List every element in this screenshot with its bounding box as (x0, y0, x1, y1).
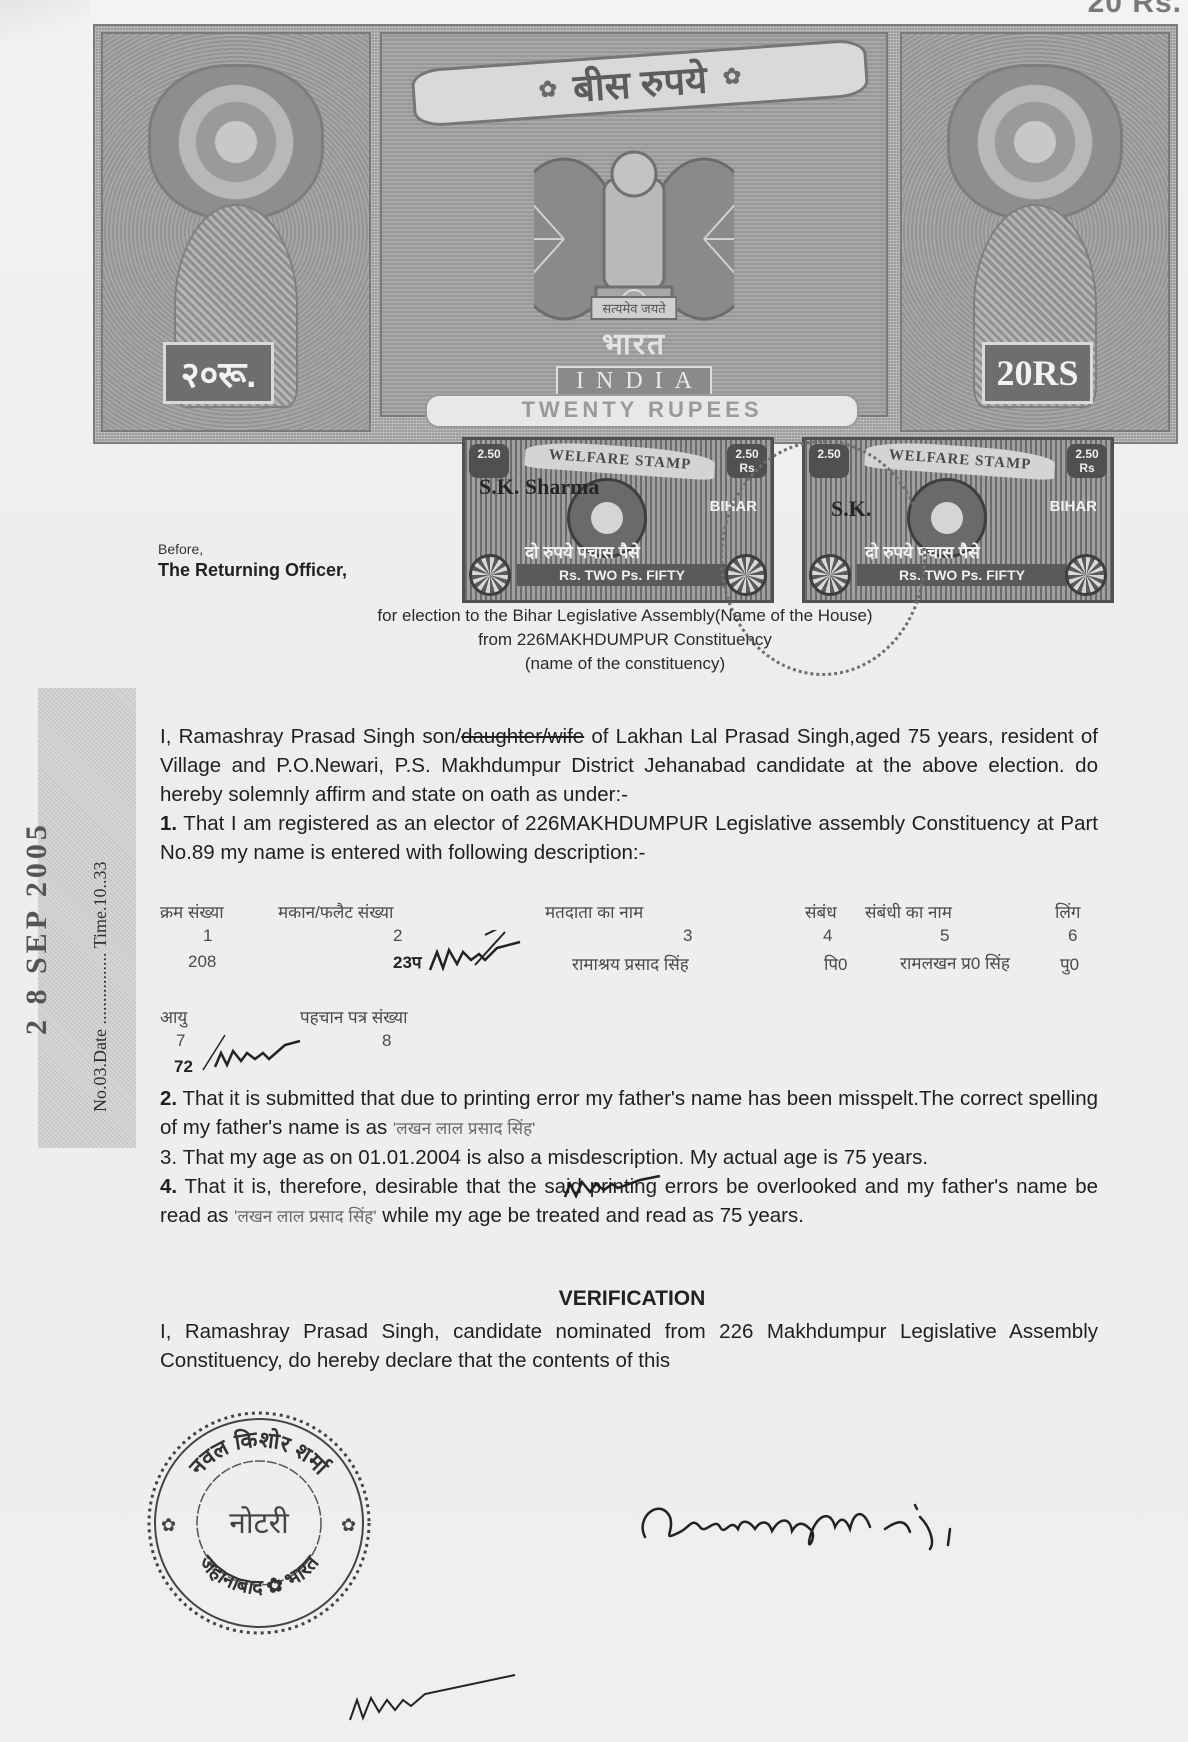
returning-officer-label: The Returning Officer, (158, 560, 347, 581)
column-number: 6 (1068, 926, 1077, 946)
verification-text: I, Ramashray Prasad Singh, candidate nom… (160, 1317, 1098, 1375)
table-header: आयु (160, 1005, 187, 1028)
state-label: BIHAR (1050, 498, 1098, 515)
before-label: Before, (158, 541, 203, 557)
rosette-ornament-icon (148, 64, 324, 220)
value-hindi: दो रुपये पचास पैसे (525, 540, 640, 563)
motto-label: सत्यमेव जयते (590, 296, 677, 320)
notary-seal-icon: नवल किशोर शर्मा जहानाबाद ✿ भारत नोटरी ✿ … (143, 1407, 375, 1639)
corner-value: 2.50 Rs (727, 444, 767, 478)
value-ribbon: ✿ बीस रुपये ✿ (411, 38, 870, 128)
initials-mark-icon (195, 1035, 305, 1075)
state-label: BIHAR (710, 498, 758, 515)
father-name-hindi: 'लखन लाल प्रसाद सिंह' (234, 1207, 377, 1226)
flower-icon: ✿ (722, 63, 742, 90)
denomination-corner: 20 Rs. (1088, 0, 1182, 20)
gender: पु0 (1060, 952, 1079, 975)
flower-icon: ✿ (538, 76, 558, 103)
page-fold (0, 0, 90, 40)
rosette-ornament-icon (947, 64, 1123, 220)
value-words: TWENTY RUPEES (425, 394, 859, 428)
paragraph-text: That it is submitted that due to printin… (160, 1087, 1098, 1139)
welfare-title: WELFARE STAMP (864, 439, 1055, 480)
welfare-stamp: 2.50 2.50 Rs WELFARE STAMP BIHAR दो रुपय… (802, 437, 1114, 603)
table-header: पहचान पत्र संख्या (300, 1005, 408, 1028)
column-number: 2 (393, 926, 402, 946)
paragraph-number: 4. (160, 1175, 177, 1198)
father-name-hindi: 'लखन लाल प्रसाद सिंह' (393, 1119, 536, 1138)
relative-name: रामलखन प्र0 सिंह (890, 952, 1020, 976)
stamp-center-panel: ✿ बीस रुपये ✿ सत्यमेव जयते भारत INDIA (380, 32, 888, 417)
cancellation-mark: S.K. (831, 496, 871, 522)
ribbon-text: बीस रुपये (571, 52, 708, 113)
column-number: 1 (203, 926, 212, 946)
column-number: 5 (940, 926, 949, 946)
paragraph-text: while my age be treated and read as 75 y… (377, 1204, 804, 1227)
value-english: Rs. TWO Ps. FIFTY (517, 564, 727, 586)
constituency-caption: (name of the constituency) (300, 652, 950, 676)
corner-value: 2.50 Rs (1067, 444, 1107, 478)
voter-name: रामाश्रय प्रसाद सिंह (572, 952, 689, 975)
relation: पि0 (824, 952, 848, 975)
stamp-paper-banner: २०रू. ✿ बीस रुपये ✿ सत्यमेव जयते (93, 24, 1178, 444)
paragraph-text: That I am registered as an elector of 22… (160, 812, 1098, 864)
column-number: 4 (823, 926, 832, 946)
serial-number: 208 (188, 952, 216, 972)
table-header: संबंध (805, 900, 837, 923)
paragraph-number: 2. (160, 1087, 177, 1110)
corner-value: 2.50 (809, 444, 849, 478)
value-box-right: 20RS (982, 342, 1093, 404)
age-value: 72 (174, 1057, 193, 1077)
wheel-icon (469, 554, 511, 596)
cancellation-mark: S.K. Sharma (479, 474, 599, 500)
affidavit-intro: I, Ramashray Prasad Singh son/daughter/w… (160, 722, 1098, 867)
value-box-left: २०रू. (163, 342, 274, 404)
paragraph-text: That my age as on 01.01.2004 is also a m… (177, 1146, 928, 1169)
struck-text: daughter/wife (461, 725, 584, 748)
intro-text: I, Ramashray Prasad Singh son/ (160, 725, 461, 748)
constituency-line: from 226MAKHDUMPUR Constituency (300, 628, 950, 652)
stamp-right-panel: 20RS (900, 32, 1170, 432)
country-hindi: भारत (602, 322, 666, 363)
welfare-stamp: 2.50 2.50 Rs WELFARE STAMP BIHAR दो रुपय… (462, 437, 774, 603)
table-header: मकान/फलैट संख्या (278, 900, 393, 923)
wheel-icon (1065, 554, 1107, 596)
correction-slash-icon (470, 930, 510, 970)
column-number: 8 (382, 1031, 391, 1051)
wheel-icon (725, 554, 767, 596)
affidavit-paragraphs: 2. That it is submitted that due to prin… (160, 1084, 1098, 1231)
candidate-signature-icon: Ramashray Pd. Singh (630, 1487, 1040, 1557)
election-line: for election to the Bihar Legislative As… (300, 604, 950, 628)
notary-initials-icon (345, 1670, 525, 1730)
column-number: 3 (683, 926, 692, 946)
column-number: 7 (176, 1031, 185, 1051)
svg-text:✿: ✿ (341, 1515, 356, 1535)
verification-heading: VERIFICATION (0, 1287, 1188, 1311)
table-header: लिंग (1055, 900, 1081, 923)
document-page: 20 Rs. २०रू. ✿ बीस रुपये ✿ (0, 0, 1188, 1742)
table-header: संबंधी का नाम (865, 900, 952, 923)
paragraph-number: 3. (160, 1146, 177, 1169)
corner-value: 2.50 (469, 444, 509, 478)
svg-text:नोटरी: नोटरी (229, 1506, 290, 1540)
value-hindi: दो रुपये पचास पैसे (865, 540, 980, 563)
receipt-number-time: No.03.Date ................ Time.10..33 (90, 861, 111, 1112)
stamp-left-panel: २०रू. (101, 32, 371, 432)
value-english: Rs. TWO Ps. FIFTY (857, 564, 1067, 586)
svg-text:जहानाबाद ✿ भारत: जहानाबाद ✿ भारत (194, 1551, 324, 1599)
svg-text:✿: ✿ (161, 1515, 176, 1535)
election-details: for election to the Bihar Legislative As… (300, 604, 950, 676)
paragraph-number: 1. (160, 812, 177, 835)
house-number: 23प (393, 950, 422, 973)
country-english: INDIA (556, 366, 712, 397)
date-stamp: 2 8 SEP 2005 (20, 821, 54, 1035)
table-header: मतदाता का नाम (545, 900, 643, 923)
table-header: क्रम संख्या (160, 900, 224, 923)
wheel-icon (809, 554, 851, 596)
